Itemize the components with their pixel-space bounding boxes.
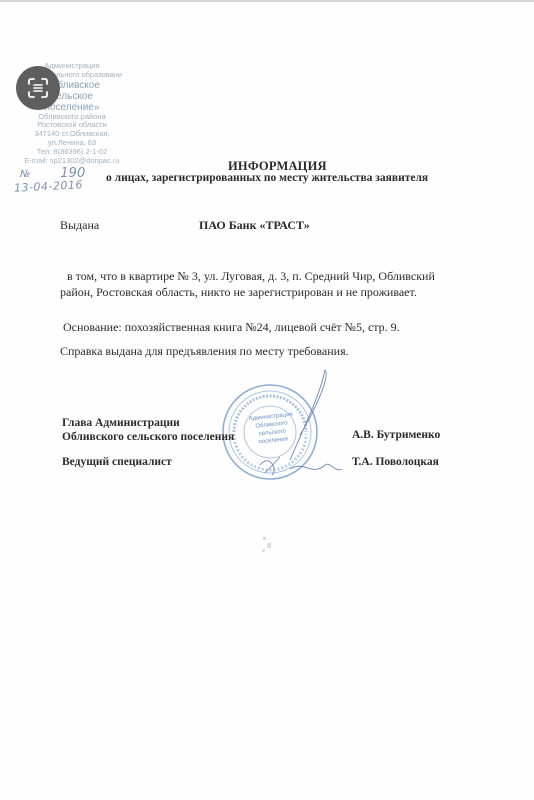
body-line-1: в том, что в квартире № 3, ул. Луговая, …	[60, 268, 500, 284]
stamp-line: E-mail: sp21302@donpac.ru	[22, 157, 122, 166]
text-scan-icon	[27, 77, 49, 99]
text-scan-button[interactable]	[16, 66, 60, 110]
note-line: Справка выдана для предъявления по месту…	[60, 344, 349, 359]
top-edge-rule	[0, 0, 534, 2]
signatory-1-name: А.В. Бутрименко	[352, 429, 440, 441]
stamp-line: Тел: 8(86396) 2-1-02	[22, 148, 122, 157]
role-line-1: Глава Администрации	[62, 416, 234, 430]
stamp-line: 347140 ст.Обливская,	[22, 130, 122, 139]
signatory-2-name: Т.А. Поволоцкая	[352, 456, 439, 468]
handwritten-signature-icon	[250, 365, 360, 480]
body-line-2: район, Ростовская область, никто не заре…	[60, 284, 500, 300]
stamp-line: Ростовской области	[22, 121, 122, 130]
signatory-2-role: Ведущий специалист	[62, 456, 172, 468]
issued-to: ПАО Банк «ТРАСТ»	[199, 218, 310, 233]
issued-label: Выдана	[60, 218, 99, 233]
role-line-2: Обливского сельского поселения	[62, 430, 234, 444]
reg-number-label: №	[20, 169, 30, 180]
body-paragraph: в том, что в квартире № 3, ул. Луговая, …	[60, 268, 500, 300]
stamp-line: ул.Ленина, 63	[22, 139, 122, 148]
signatory-1-role: Глава Администрации Обливского сельского…	[62, 416, 234, 444]
document-subtitle: о лицах, зарегистрированных по месту жит…	[106, 172, 428, 184]
registration-date: 13-04-2016	[14, 178, 84, 195]
stamp-line: Обливского района	[22, 113, 122, 122]
scan-artifact	[260, 535, 274, 557]
basis-line: Основание: похозяйственная книга №24, ли…	[63, 320, 400, 335]
